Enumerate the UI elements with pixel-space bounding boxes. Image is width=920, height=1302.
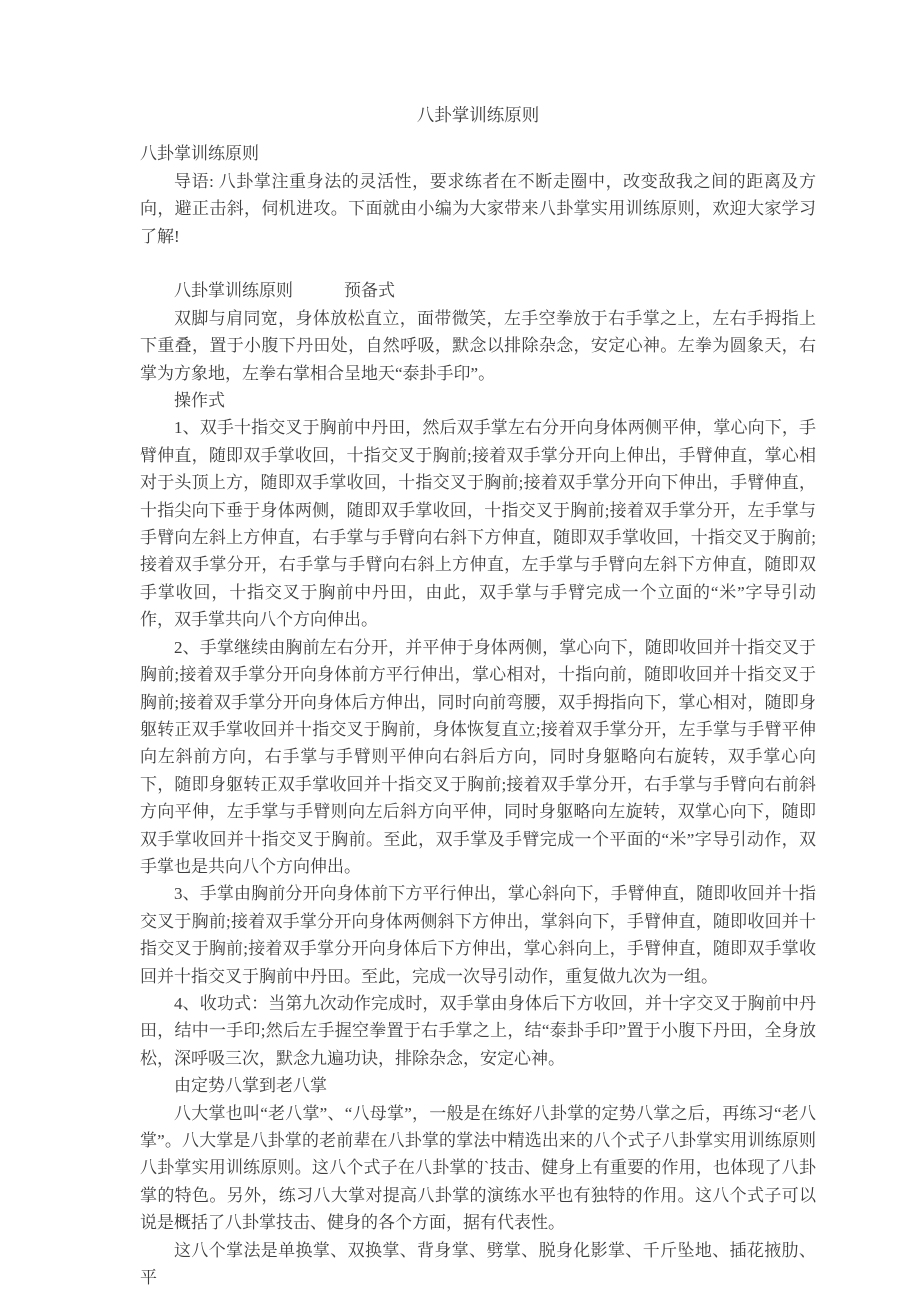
paragraph: 八大掌也叫“老八掌”、“八母掌”，一般是在练好八卦掌的定势八掌之后，再练习“老八… [140,1100,816,1237]
document-page: 八卦掌训练原则 八卦掌训练原则 导语: 八卦掌注重身法的灵活性，要求练者在不断走… [0,0,920,1302]
document-title: 八卦掌训练原则 [140,102,816,129]
paragraph: 导语: 八卦掌注重身法的灵活性，要求练者在不断走圈中，改变敌我之间的距离及方向，… [140,168,816,250]
paragraph: 双脚与肩同宽，身体放松直立，面带微笑，左手空拳放于右手掌之上，左右手拇指上下重叠… [140,305,816,387]
paragraph: 1、双手十指交叉于胸前中丹田，然后双手掌左右分开向身体两侧平伸，掌心向下，手臂伸… [140,414,816,633]
paragraph: 这八个掌法是单换掌、双换掌、背身掌、劈掌、脱身化影掌、千斤坠地、插花掖肋、平 [140,1237,816,1292]
paragraph: 操作式 [140,387,816,414]
paragraph: 八卦掌训练原则 [140,140,816,167]
paragraph: 由定势八掌到老八掌 [140,1072,816,1099]
paragraph: 八卦掌训练原则 预备式 [140,277,816,304]
blank-line [140,250,816,277]
paragraph: 4、收功式：当第九次动作完成时，双手掌由身体后下方收回，并十字交叉于胸前中丹田，… [140,990,816,1072]
paragraph: 3、手掌由胸前分开向身体前下方平行伸出，掌心斜向下，手臂伸直，随即收回并十指交叉… [140,880,816,990]
paragraph: 2、手掌继续由胸前左右分开，并平伸于身体两侧，掌心向下，随即收回并十指交叉于胸前… [140,634,816,881]
